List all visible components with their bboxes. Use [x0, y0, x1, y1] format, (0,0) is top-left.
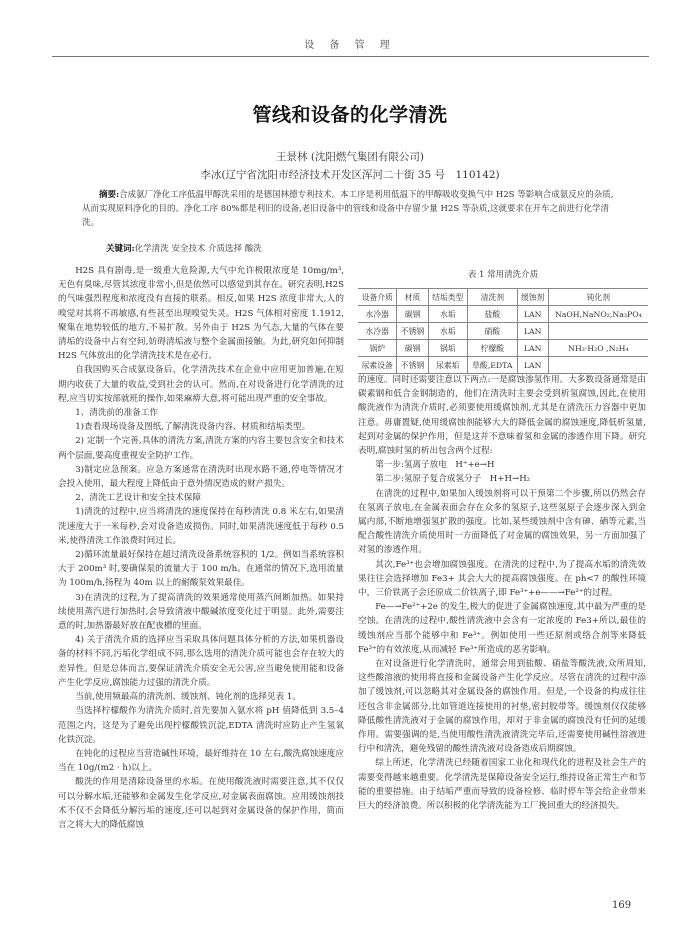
page-number: 169 [612, 900, 631, 911]
article-title: 管线和设备的化学清洗 [0, 100, 700, 127]
table-cell: LAN [517, 357, 548, 374]
table-row: 锅炉 碳钢 锅垢 柠檬酸 LAN NH₃·H₂O ,N₂H₄ [358, 340, 648, 357]
paragraph: 1)清洗的过程中,应当将清洗的速度保持在每秒清洗 0.8 米左右,如果清洗速度大… [58, 505, 344, 548]
table-cell: 尿素设备 [358, 357, 397, 374]
paragraph: 的速度。同时还需要注意以下两点:一是腐蚀渗氢作用。大多数设备通常是由碳素钢和低合… [358, 373, 646, 458]
abstract-text: 合成氨厂净化工序低温甲醇洗采用的是德国林德专利技术。本工序是利用低温下的甲醇吸收… [82, 190, 613, 228]
table-cell: 锅炉 [358, 340, 397, 357]
paragraph: 其次,Fe³⁺也会增加腐蚀强度。在清洗的过程中,为了提高水垢的清洗效果往往会选择… [358, 558, 646, 601]
right-column: 的速度。同时还需要注意以下两点:一是腐蚀渗氢作用。大多数设备通常是由碳素钢和低合… [358, 373, 646, 813]
table-cell: 水垢 [428, 306, 468, 323]
table-caption: 表 1 常用清洗介质 [358, 268, 648, 280]
table-header-cell: 钝化剂 [548, 289, 648, 306]
running-head: 设 备 管 理 [0, 36, 700, 51]
table-cell: 草酸,EDTA [468, 357, 518, 374]
table-header-row: 设备介质 材质 结垢类型 清洗剂 缓蚀剂 钝化剂 [358, 289, 648, 306]
paragraph: 当选择柠檬酸作为清洗介质时,首先要加入氨水将 pH 值降低到 3.5–4 范围之… [58, 704, 344, 747]
paragraph: 3)在清洗的过程,为了提高清洗的效果通常使用蒸汽间断加热。如果持续使用蒸汽进行加… [58, 591, 344, 634]
table-cell: NH₃·H₂O ,N₂H₄ [548, 340, 648, 357]
paragraph: 在钝化的过程应当营造碱性环境，最好维持在 10 左右,酸洗腐蚀速度应当在 10g… [58, 747, 344, 775]
table-cell [548, 357, 648, 374]
table-row: 水冷器 碳钢 水垢 盐酸 LAN NaOH,NaNO₂,Na₃PO₄ [358, 306, 648, 323]
header-rule [52, 56, 649, 57]
table-cell: LAN [517, 306, 548, 323]
table-cell: 碳钢 [397, 340, 428, 357]
abstract-label: 摘要: [99, 190, 119, 200]
table-cell: NaOH,NaNO₂,Na₃PO₄ [548, 306, 648, 323]
table-row: 水冷器 不锈钢 水垢 硝酸 LAN [358, 323, 648, 340]
table-cell [548, 323, 648, 340]
table-header-cell: 材质 [397, 289, 428, 306]
paragraph: 2)循环流量最好保持在超过清洗设备系统容积的 1/2。例如当系统容积大于 200… [58, 548, 344, 591]
section-heading: 1、清洗前的准备工作 [58, 406, 344, 420]
paragraph: Fe—→Fe²⁺+2e 的发生,极大的促进了金属腐蚀速度,其中最为严重的是空蚀。… [358, 600, 646, 657]
table-row: 尿素设备 不锈钢 尿素垢 草酸,EDTA LAN [358, 357, 648, 374]
table-cell: 盐酸 [468, 306, 518, 323]
paragraph: 当前,使用频最高的清洗剂、缓蚀剂、钝化剂的选择见表 1。 [58, 690, 344, 704]
keywords-text: 化学清洗 安全技术 介质选择 酸洗 [135, 244, 262, 254]
table-cell: LAN [517, 323, 548, 340]
table-cell: 硝酸 [468, 323, 518, 340]
table-cell: 不锈钢 [397, 323, 428, 340]
keywords-label: 关键词: [106, 244, 135, 254]
paragraph: 4) 关于清洗介质的选择应当采取具体问题具体分析的方法,如果机器设备的材料不同,… [58, 633, 344, 690]
paragraph: 在清洗的过程中,如果加入缓蚀剂将可以干预第二个步骤,所以仍然会存在氢离子放电,在… [358, 487, 646, 558]
table-header-cell: 缓蚀剂 [517, 289, 548, 306]
paragraph: 综上所述，化学清洗已经随着国家工业化和现代化的进程及社会生产的需要变得越来越重要… [358, 756, 646, 813]
table-cell: 碳钢 [397, 306, 428, 323]
author-line-2: 李冰(辽宁省沈阳市经济技术开发区浑河二十街 35 号 110142) [0, 167, 700, 182]
table-cell: 锅垢 [428, 340, 468, 357]
equation-step: 第二步:氢原子复合成氢分子 H+H→H₂ [358, 472, 646, 486]
table-cell: 水冷器 [358, 306, 397, 323]
table-cell: 尿素垢 [428, 357, 468, 374]
table-cell: LAN [517, 340, 548, 357]
table-header-cell: 结垢类型 [428, 289, 468, 306]
table-cell: 柠檬酸 [468, 340, 518, 357]
table-cell: 水冷器 [358, 323, 397, 340]
keywords: 关键词:化学清洗 安全技术 介质选择 酸洗 [106, 242, 262, 254]
table-header-cell: 设备介质 [358, 289, 397, 306]
paragraph: 1)查看现场设备及图纸,了解清洗设备内容、材质和结垢类型。 [58, 420, 344, 434]
section-heading: 2、清洗工艺设计和安全技术保障 [58, 491, 344, 505]
table-cell: 水垢 [428, 323, 468, 340]
left-column: H2S 具有剧毒,是一级重大危险源,大气中允许极限浓度是 10mg/m³,无色有… [58, 264, 344, 832]
paragraph: H2S 具有剧毒,是一级重大危险源,大气中允许极限浓度是 10mg/m³,无色有… [58, 264, 344, 363]
table-header-cell: 清洗剂 [468, 289, 518, 306]
paragraph: 3)制定应急预案。应急方案通常在清洗时出现水路不通,停电等情况才会投入使用，最大… [58, 463, 344, 491]
table-cell: 不锈钢 [397, 357, 428, 374]
paragraph: 自我国购买合成氨设备后，化学清洗技术在企业中应用更加普遍,在短期内收获了大量的收… [58, 363, 344, 406]
paragraph: 2) 定制一个完善,具体的清洗方案,清洗方案的内容主要包含安全和技术两个层面,要… [58, 434, 344, 462]
equation-step: 第一步:氢离子放电 H⁺+e→H [358, 458, 646, 472]
abstract: 摘要:合成氨厂净化工序低温甲醇洗采用的是德国林德专利技术。本工序是利用低温下的甲… [82, 188, 616, 230]
paragraph: 在对设备进行化学清洗时，通常会用到盐酸、硝盐等酸洗液,众所周知,这些酸溶液的使用… [358, 657, 646, 756]
cleaning-media-table: 设备介质 材质 结垢类型 清洗剂 缓蚀剂 钝化剂 水冷器 碳钢 水垢 盐酸 LA… [358, 288, 648, 374]
paragraph: 酸洗的作用是清除设备里的水垢。在使用酸洗液时需要注意,其不仅仅可以分解水垢,还能… [58, 775, 344, 832]
author-line-1: 王景林 (沈阳燃气集团有限公司) [0, 149, 700, 164]
